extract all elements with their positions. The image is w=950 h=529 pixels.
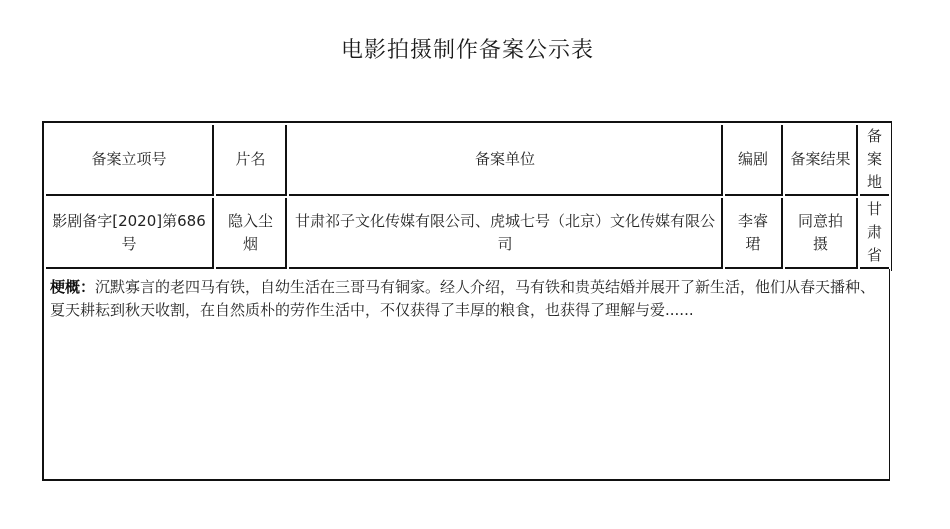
cell-film-title: 隐入尘烟: [216, 198, 287, 269]
cell-screenwriter: 李睿珺: [725, 198, 783, 269]
table-header-row: 备案立项号 片名 备案单位 编剧 备案结果 备案地: [46, 125, 889, 196]
cell-location: 甘肃省: [860, 198, 889, 269]
header-result: 备案结果: [785, 125, 858, 196]
header-filing-units: 备案单位: [289, 125, 723, 196]
header-screenwriter: 编剧: [725, 125, 783, 196]
synopsis-label: 梗概：: [50, 278, 95, 296]
cell-record-number: 影剧备字[2020]第686号: [46, 198, 214, 269]
page-title: 电影拍摄制作备案公示表: [0, 36, 935, 66]
header-location: 备案地: [860, 125, 889, 196]
table-row: 影剧备字[2020]第686号 隐入尘烟 甘肃祁子文化传媒有限公司、虎城七号（北…: [46, 198, 889, 269]
cell-filing-units: 甘肃祁子文化传媒有限公司、虎城七号（北京）文化传媒有限公司: [289, 198, 723, 269]
header-record-number: 备案立项号: [46, 125, 214, 196]
header-film-title: 片名: [216, 125, 287, 196]
synopsis-text: 沉默寡言的老四马有铁，自幼生活在三哥马有铜家。经人介绍，马有铁和贵英结婚并展开了…: [50, 278, 875, 319]
synopsis-section: 梗概：沉默寡言的老四马有铁，自幼生活在三哥马有铜家。经人介绍，马有铁和贵英结婚并…: [42, 269, 890, 481]
record-table: 备案立项号 片名 备案单位 编剧 备案结果 备案地 影剧备字[2020]第686…: [42, 121, 892, 271]
cell-result: 同意拍摄: [785, 198, 858, 269]
